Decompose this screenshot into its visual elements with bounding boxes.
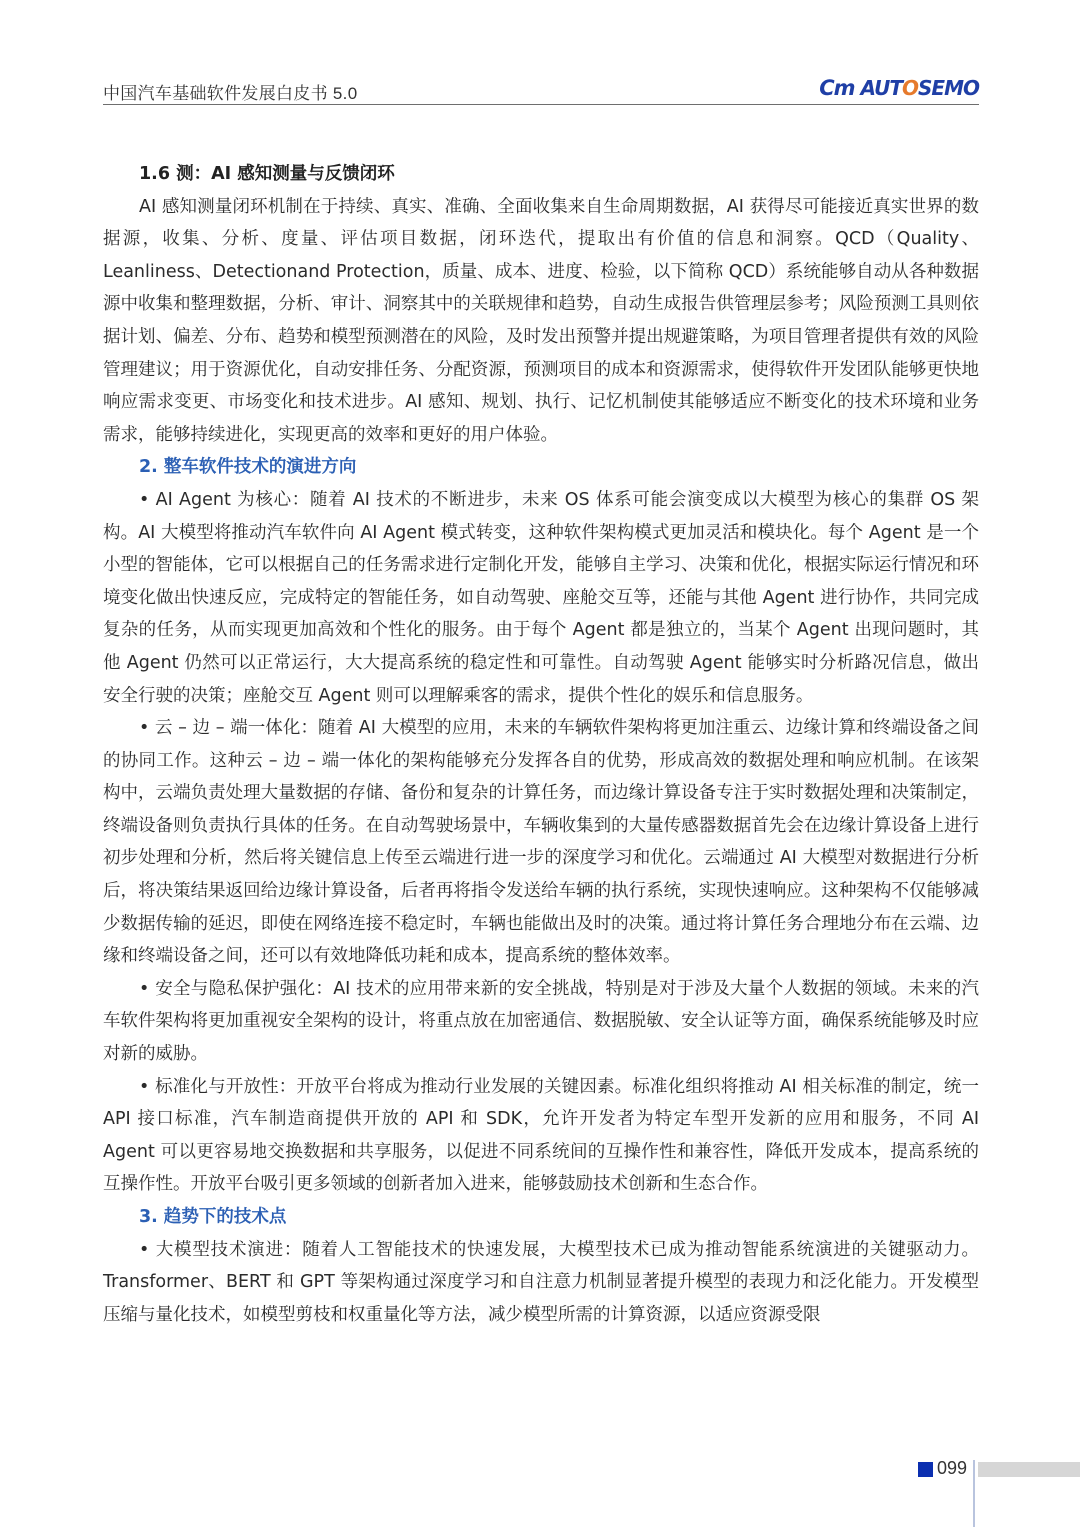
logo-cm-mark: Cm — [819, 76, 854, 100]
section-heading-3: 3. 趋势下的技术点 — [139, 1201, 979, 1234]
footer-divider — [973, 1460, 975, 1527]
bullet-cloud-edge-device: • 云 – 边 – 端一体化：随着 AI 大模型的应用，未来的车辆软件架构将更加… — [103, 712, 979, 973]
bullet-standardization-openness: • 标准化与开放性：开放平台将成为推动行业发展的关键因素。标准化组织将推动 AI… — [103, 1071, 979, 1201]
autosemo-logo: Cm AUTOSEMO — [819, 76, 979, 100]
page-number: 099 — [937, 1458, 967, 1479]
page-header: 中国汽车基础软件发展白皮书 5.0 Cm AUTOSEMO — [103, 74, 979, 105]
paragraph-1-6: AI 感知测量闭环机制在于持续、真实、准确、全面收集来自生命周期数据，AI 获得… — [103, 191, 979, 452]
logo-text-b: SEMO — [918, 76, 979, 100]
bullet-security-privacy: • 安全与隐私保护强化：AI 技术的应用带来新的安全挑战，特别是对于涉及大量个人… — [103, 973, 979, 1071]
footer-bar — [978, 1462, 1080, 1477]
logo-text-o: O — [902, 76, 918, 100]
bullet-ai-agent: • AI Agent 为核心：随着 AI 技术的不断进步，未来 OS 体系可能会… — [103, 484, 979, 712]
section-heading-2: 2. 整车软件技术的演进方向 — [139, 451, 979, 484]
document-title: 中国汽车基础软件发展白皮书 5.0 — [103, 79, 357, 104]
page-number-marker-icon — [918, 1462, 933, 1477]
logo-text-a: AUT — [861, 76, 902, 100]
bullet-large-model-evolution: • 大模型技术演进：随着人工智能技术的快速发展，大模型技术已成为推动智能系统演进… — [103, 1234, 979, 1332]
subsection-heading-1-6: 1.6 测：AI 感知测量与反馈闭环 — [139, 158, 979, 191]
page-body: 1.6 测：AI 感知测量与反馈闭环 AI 感知测量闭环机制在于持续、真实、准确… — [103, 158, 979, 1331]
